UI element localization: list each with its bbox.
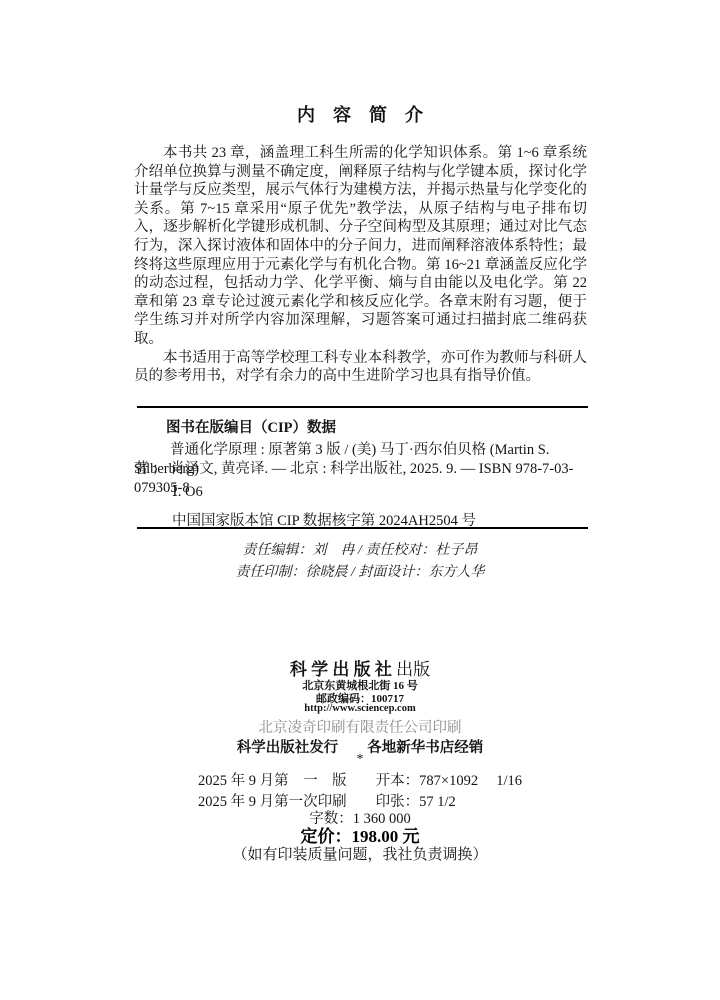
cip-classification: Ⅰ. O6 [172,484,203,501]
printer-credit: 北京凌奇印刷有限责任公司印刷 [0,716,720,737]
summary-paragraph-1: 本书共 23 章，涵盖理工科生所需的化学知识体系。第 1~6 章系统介绍单位换算… [134,144,587,349]
edition-line: 2025 年 9 月第 一 版 开本：787×1092 1/16 [198,771,522,792]
quality-note: （如有印装质量问题，我社负责调换） [0,843,720,864]
copyright-page: 内 容 简 介 本书共 23 章，涵盖理工科生所需的化学知识体系。第 1~6 章… [0,0,720,1000]
asterisk-separator: * [0,752,720,768]
publisher-url: http://www.sciencep.com [0,703,720,714]
summary-paragraph-2: 本书适用于高等学校理工科专业本科教学，亦可作为教师与科研人员的参考用书，对学有余… [134,349,587,386]
cip-top-divider [137,406,588,408]
cip-heading: 图书在版编目（CIP）数据 [166,416,336,437]
editor-proofreader-credits: 责任编辑：刘 冉 / 责任校对：杜子昂 [0,539,720,559]
printing-design-credits: 责任印制：徐晓晨 / 封面设计：东方人华 [0,561,720,581]
page-title: 内 容 简 介 [0,101,720,127]
edition-block: 2025 年 9 月第 一 版 开本：787×1092 1/16 2025 年 … [0,771,720,812]
cip-bottom-divider [137,527,588,529]
cip-entry-line-2: 著 ； 肖泽文, 黄亮译. — 北京 : 科学出版社, 2025. 9. — I… [134,460,596,498]
content-summary: 本书共 23 章，涵盖理工科生所需的化学知识体系。第 1~6 章系统介绍单位换算… [134,144,587,386]
